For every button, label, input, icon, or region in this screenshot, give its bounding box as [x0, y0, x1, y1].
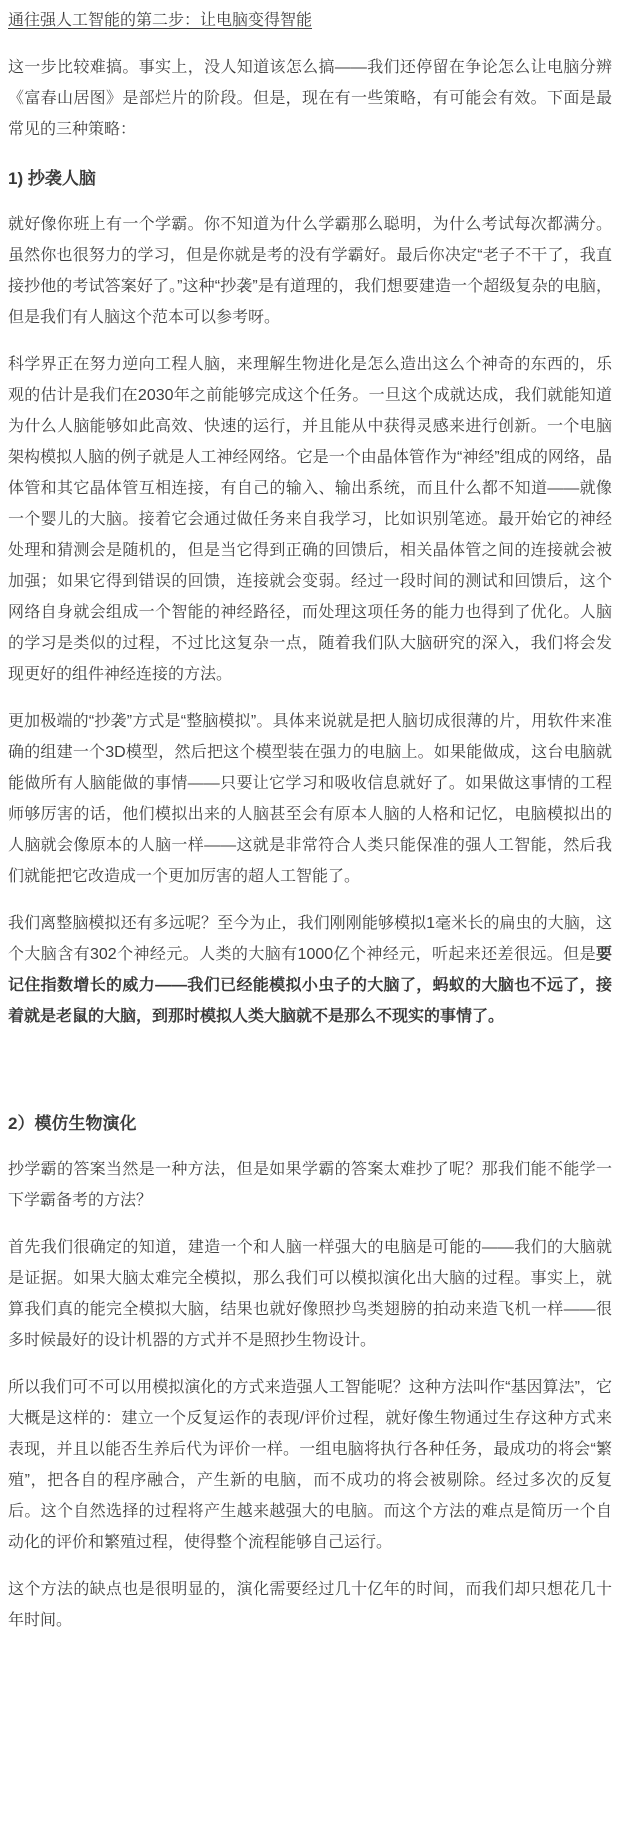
section1-paragraph-2: 科学界正在努力逆向工程人脑，来理解生物进化是怎么造出这么个神奇的东西的，乐观的估…: [8, 349, 612, 690]
section1-heading: 1) 抄袭人脑: [8, 167, 612, 191]
section1-paragraph-3: 更加极端的“抄袭”方式是“整脑模拟”。具体来说就是把人脑切成很薄的片，用软件来准…: [8, 706, 612, 892]
section2-paragraph-2: 首先我们很确定的知道，建造一个和人脑一样强大的电脑是可能的——我们的大脑就是证据…: [8, 1232, 612, 1356]
section2-paragraph-1: 抄学霸的答案当然是一种方法，但是如果学霸的答案太难抄了呢？那我们能不能学一下学霸…: [8, 1154, 612, 1216]
section1-paragraph-4-regular-text: 我们离整脑模拟还有多远呢？至今为止，我们刚刚能够模拟1毫米长的扁虫的大脑，这个大…: [8, 915, 612, 963]
article-title: 通往强人工智能的第二步：让电脑变得智能: [8, 10, 612, 32]
section2-heading: 2）模仿生物演化: [8, 1112, 612, 1136]
article-body: 通往强人工智能的第二步：让电脑变得智能 这一步比较难搞。事实上，没人知道该怎么搞…: [0, 0, 620, 1832]
section2-paragraph-4: 这个方法的缺点也是很明显的，演化需要经过几十亿年的时间，而我们却只想花几十年时间…: [8, 1574, 612, 1636]
section1-paragraph-4: 我们离整脑模拟还有多远呢？至今为止，我们刚刚能够模拟1毫米长的扁虫的大脑，这个大…: [8, 908, 612, 1032]
section2-paragraph-3: 所以我们可不可以用模拟演化的方式来造强人工智能呢？这种方法叫作“基因算法”，它大…: [8, 1372, 612, 1558]
section1-paragraph-1: 就好像你班上有一个学霸。你不知道为什么学霸那么聪明，为什么考试每次都满分。虽然你…: [8, 209, 612, 333]
intro-paragraph: 这一步比较难搞。事实上，没人知道该怎么搞——我们还停留在争论怎么让电脑分辨《富春…: [8, 52, 612, 145]
